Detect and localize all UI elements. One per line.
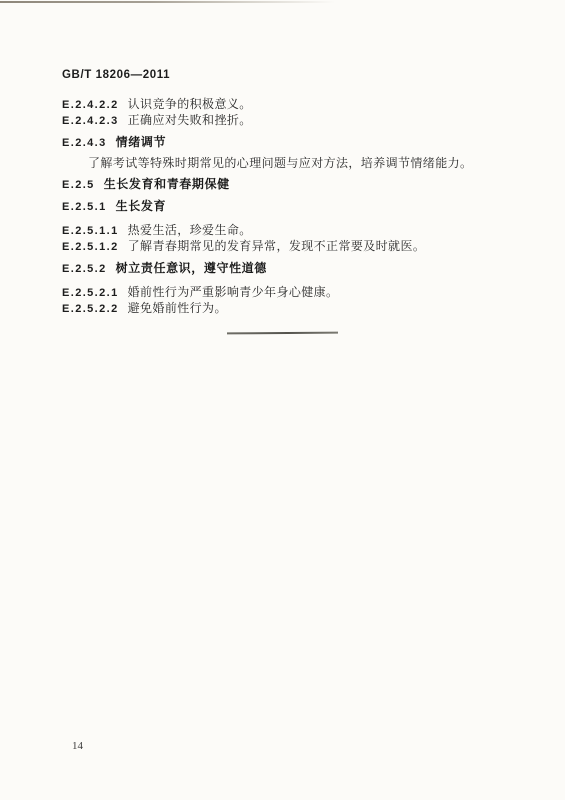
- heading-text: 情绪调节: [116, 135, 166, 149]
- heading-text: 生长发育和青春期保健: [104, 177, 230, 191]
- clause-number: E.2.5.2.2: [62, 303, 119, 315]
- clause-e-2-4-2-3: E.2.4.2.3正确应对失败和挫折。: [62, 114, 535, 128]
- heading-e-2-5-1: E.2.5.1生长发育: [62, 200, 535, 214]
- clause-number: E.2.5.2.1: [62, 287, 119, 299]
- body-paragraph: 了解考试等特殊时期常见的心理问题与应对方法，培养调节情绪能力。: [88, 157, 535, 170]
- clause-text: 婚前性行为严重影响青少年身心健康。: [128, 285, 339, 299]
- scan-artifact-top-edge: [0, 1, 335, 3]
- clause-number: E.2.5.1: [62, 201, 107, 213]
- clause-text: 避免婚前性行为。: [128, 301, 227, 315]
- clause-number: E.2.4.2.2: [62, 99, 119, 111]
- clause-text: 正确应对失败和挫折。: [128, 113, 252, 127]
- scanned-document-page: GB/T 18206—2011 E.2.4.2.2认识竞争的积极意义。 E.2.…: [0, 0, 565, 800]
- clause-e-2-5-2-2: E.2.5.2.2避免婚前性行为。: [62, 302, 535, 316]
- heading-e-2-5: E.2.5生长发育和青春期保健: [62, 178, 535, 192]
- heading-text: 生长发育: [116, 199, 166, 213]
- clause-number: E.2.5.1.1: [62, 225, 119, 237]
- clause-number: E.2.5: [62, 179, 95, 191]
- clause-number: E.2.5.2: [62, 263, 107, 275]
- heading-e-2-5-2: E.2.5.2树立责任意识，遵守性道德: [62, 262, 535, 276]
- page-number: 14: [72, 740, 83, 752]
- clause-number: E.2.4.3: [62, 137, 107, 149]
- clause-e-2-4-2-2: E.2.4.2.2认识竞争的积极意义。: [62, 98, 535, 112]
- clause-number: E.2.5.1.2: [62, 241, 119, 253]
- clause-text: 认识竞争的积极意义。: [128, 97, 252, 111]
- clause-e-2-5-2-1: E.2.5.2.1婚前性行为严重影响青少年身心健康。: [62, 286, 535, 300]
- clause-e-2-5-1-2: E.2.5.1.2了解青春期常见的发育异常，发现不正常要及时就医。: [62, 240, 535, 254]
- heading-e-2-4-3: E.2.4.3情绪调节: [62, 136, 535, 150]
- end-of-text-rule: [227, 332, 338, 334]
- heading-text: 树立责任意识，遵守性道德: [116, 261, 267, 275]
- standard-number-running-head: GB/T 18206—2011: [62, 69, 170, 81]
- clause-e-2-5-1-1: E.2.5.1.1热爱生活，珍爱生命。: [62, 224, 535, 238]
- clause-text: 热爱生活，珍爱生命。: [128, 223, 252, 237]
- clause-text: 了解青春期常见的发育异常，发现不正常要及时就医。: [128, 239, 426, 253]
- clause-number: E.2.4.2.3: [62, 115, 119, 127]
